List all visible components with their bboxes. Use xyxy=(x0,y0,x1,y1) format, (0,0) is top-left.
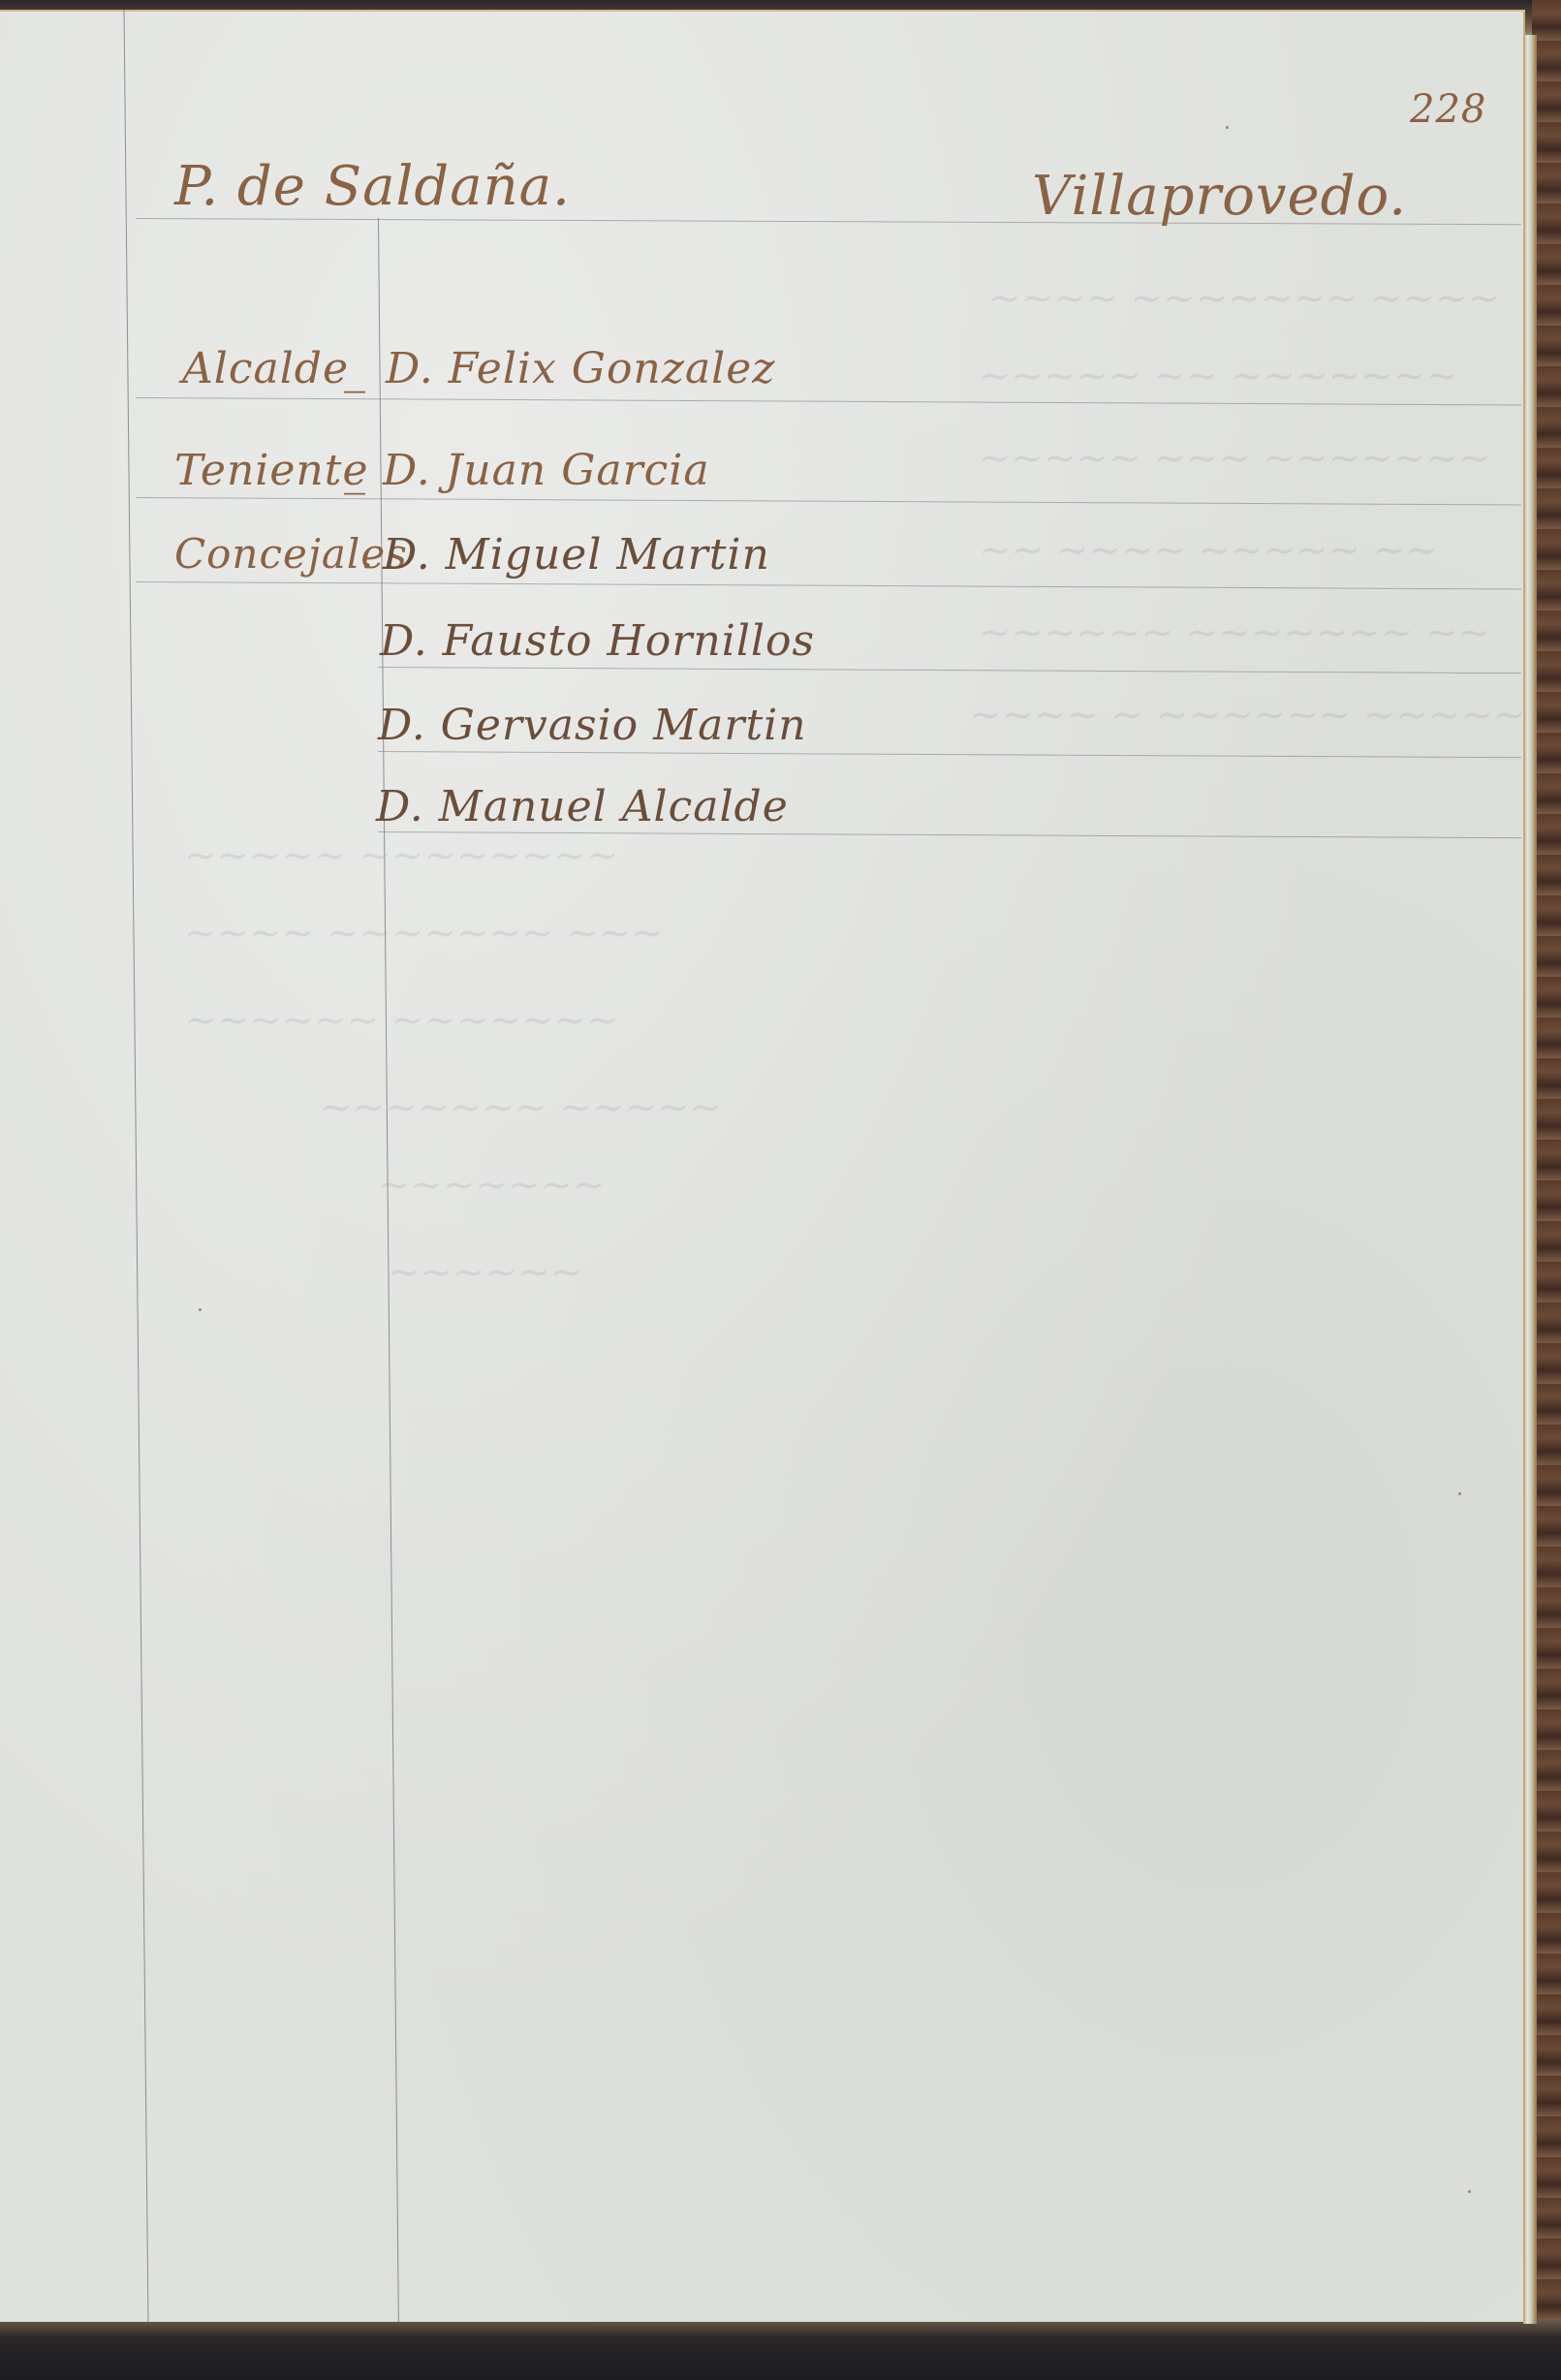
official-name: D. Miguel Martin xyxy=(383,530,770,579)
right-header-title: Villaprovedo. xyxy=(1032,165,1407,228)
official-name: D. Felix Gonzalez xyxy=(386,344,775,393)
role-separator: _ xyxy=(344,446,366,495)
bleed-through-text: ~~~~~~~ xyxy=(378,1163,606,1207)
paper-speck xyxy=(1458,1492,1461,1495)
row-rule-line xyxy=(136,581,1521,589)
bleed-through-text: ~~~~~~ xyxy=(388,1250,582,1295)
paper-speck xyxy=(199,1308,202,1311)
official-name: D. Fausto Hornillos xyxy=(380,616,815,666)
official-name: D. Gervasio Martin xyxy=(378,701,807,750)
bleed-through-text: ~~ ~~~~ ~~~~~ ~~ xyxy=(979,528,1438,573)
bleed-through-text: ~~~~~~~ ~~~~~ xyxy=(320,1085,722,1130)
role-label: Alcalde xyxy=(182,344,349,393)
row-rule-line xyxy=(378,667,1521,673)
paper-speck xyxy=(1468,2190,1471,2193)
official-name: D. Juan Garcia xyxy=(383,446,710,495)
official-name: D. Manuel Alcalde xyxy=(376,782,789,831)
manuscript-page: 228 P. de Saldaña. Villaprovedo. Alcalde… xyxy=(0,10,1525,2322)
page-number: 228 xyxy=(1410,87,1486,132)
bleed-through-text: ~~~~ ~ ~~~~~~ ~~~~~ xyxy=(969,693,1525,737)
row-rule-line xyxy=(136,397,1521,405)
bleed-through-text: ~~~~~~ ~~~~~~~ xyxy=(184,998,618,1043)
role-label: Teniente xyxy=(174,446,368,495)
bleed-through-text: ~~~~~ ~~~~~~~~ xyxy=(184,833,618,878)
row-rule-line xyxy=(378,751,1521,758)
role-separator: . xyxy=(360,530,374,578)
page-fore-edge xyxy=(1523,35,1537,2324)
book-cover-bottom-edge xyxy=(0,2320,1561,2380)
bleed-through-text: ~~~~~ ~~ ~~~~~~~ xyxy=(979,354,1458,398)
left-margin-line xyxy=(124,10,149,2322)
role-separator: _ xyxy=(344,344,366,393)
bleed-through-text: ~~~~ ~~~~~~~ ~~~ xyxy=(184,911,664,955)
left-header-title: P. de Saldaña. xyxy=(174,155,571,218)
row-rule-line xyxy=(136,497,1521,505)
bleed-through-text: ~~~~~~ ~~~~~~~ ~~ xyxy=(979,611,1490,655)
paper-speck xyxy=(1226,126,1229,129)
bleed-through-text: ~~~~ ~~~~~~~ ~~~~ xyxy=(988,276,1500,321)
bleed-through-text: ~~~~~ ~~~ ~~~~~~~ xyxy=(979,436,1490,481)
